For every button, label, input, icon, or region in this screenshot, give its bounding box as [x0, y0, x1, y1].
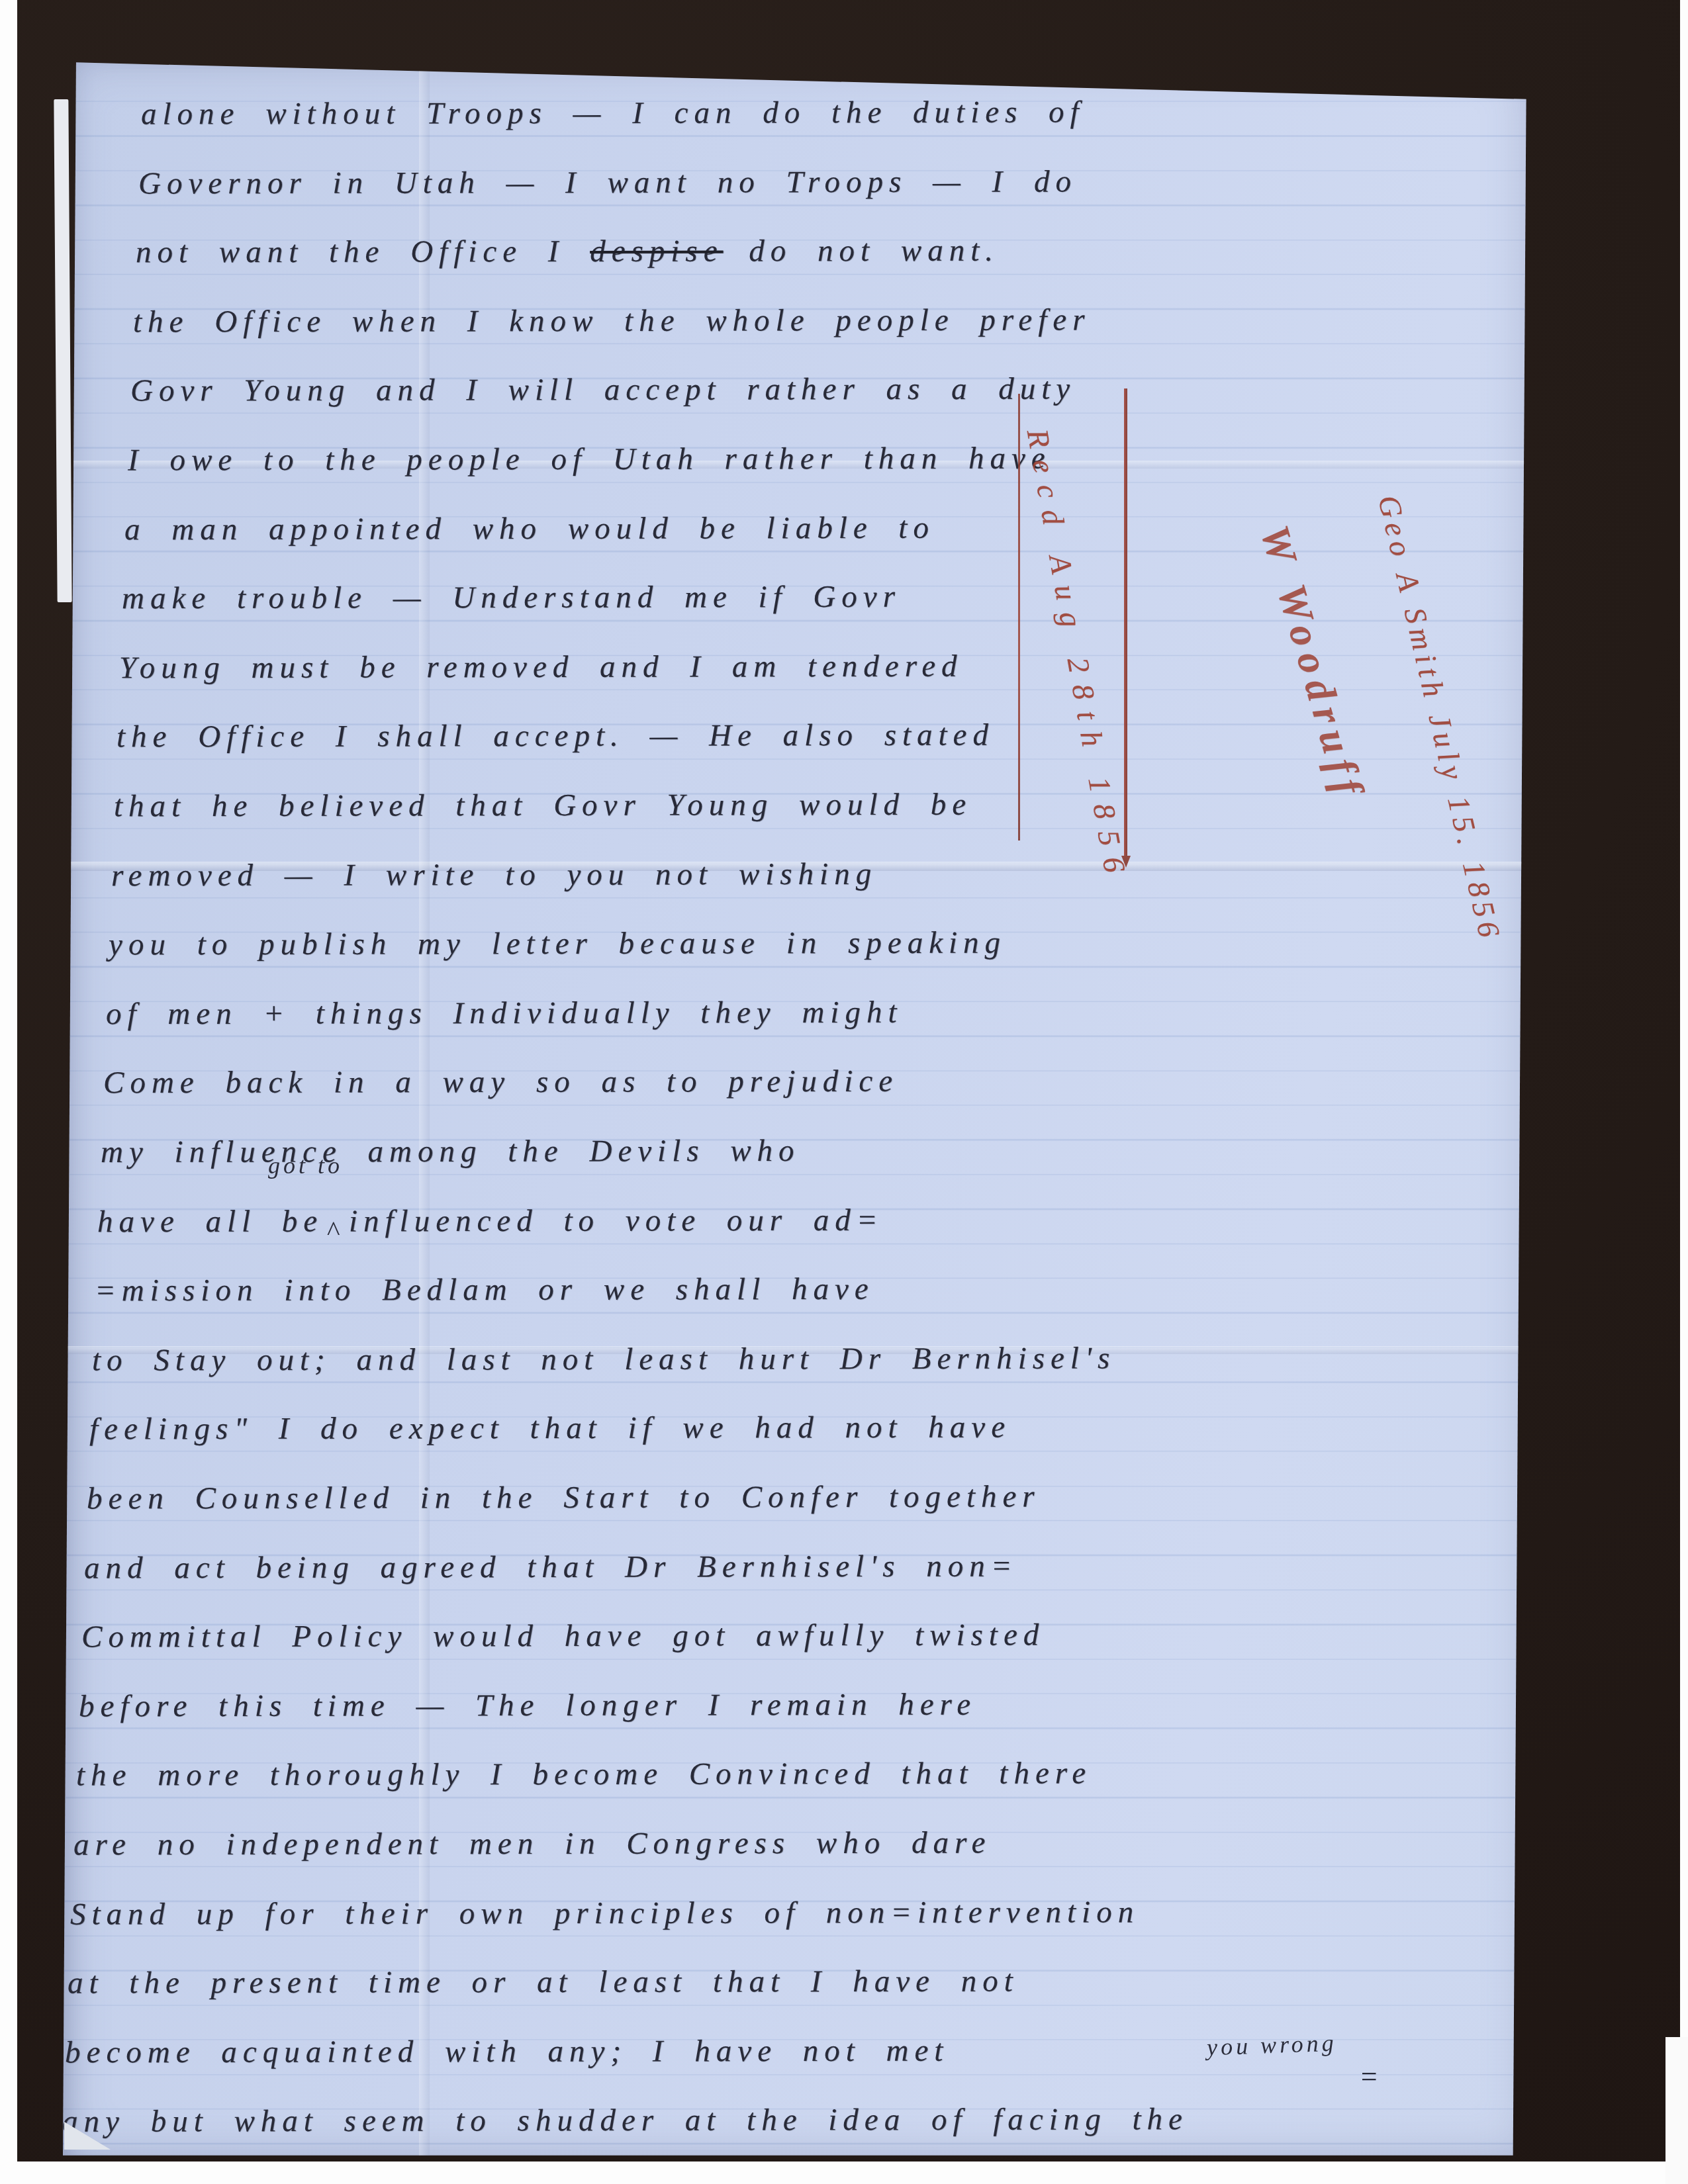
red-ruling-line-right: [1124, 388, 1127, 856]
interline-insertion: got to: [268, 1154, 343, 1177]
struck-word: despise: [590, 234, 723, 269]
red-docket-author-date: Geo A Smith July 15. 1856: [1371, 492, 1508, 946]
manuscript-line: =mission into Bedlam or we shall have: [95, 1273, 874, 1308]
red-ruling-line-left: [1018, 394, 1020, 841]
manuscript-line: and act being agreed that Dr Bernhisel's…: [84, 1549, 1018, 1586]
interline-insertion: you wrong: [1206, 2031, 1337, 2060]
red-docket-name: W Woodruff: [1250, 520, 1374, 807]
scanner-bed-edge: [1665, 2037, 1688, 2184]
letter-page: alone without Troops — I can do the duti…: [63, 58, 1529, 2158]
manuscript-line: been Counselled in the Start to Confer t…: [87, 1480, 1041, 1516]
manuscript-line: I owe to the people of Utah rather than …: [127, 442, 1051, 478]
red-docket-received: Recd Aug 28th 1856: [1020, 426, 1135, 887]
manuscript-line: Stand up for their own principles of non…: [70, 1895, 1139, 1932]
manuscript-line: Govr Young and I will accept rather as a…: [130, 373, 1076, 409]
manuscript-line: have all be influenced to vote our ad=: [97, 1203, 884, 1239]
continuation-mark: =: [1359, 2062, 1379, 2091]
manuscript-line: feelings" I do expect that if we had not…: [89, 1411, 1011, 1447]
manuscript-line: not want the Office I despise do not wan…: [136, 234, 999, 270]
manuscript-line: a man appointed who would be liable to: [124, 511, 935, 547]
manuscript-line: Young must be removed and I am tendered: [119, 649, 963, 685]
insertion-caret: ^: [326, 1218, 338, 1246]
manuscript-line: are no independent men in Congress who d…: [73, 1827, 990, 1863]
manuscript-line: make trouble — Understand me if Govr: [122, 580, 901, 616]
scanned-letter: alone without Troops — I can do the duti…: [0, 0, 1688, 2184]
manuscript-line: the Office I shall accept. — He also sta…: [117, 719, 994, 754]
manuscript-line: Governor in Utah — I want no Troops — I …: [138, 165, 1077, 201]
manuscript-line: of men + things Individually they might: [106, 996, 903, 1032]
manuscript-line: my influence among the Devils who: [100, 1134, 800, 1170]
manuscript-line: any but what seem to shudder at the idea…: [63, 2103, 1188, 2140]
manuscript-line: you to publish my letter because in spea…: [109, 927, 1006, 963]
manuscript-line: Committal Policy would have got awfully …: [81, 1619, 1045, 1655]
manuscript-line: to Stay out; and last not least hurt Dr …: [92, 1342, 1115, 1378]
manuscript-line: Come back in a way so as to prejudice: [103, 1065, 898, 1101]
manuscript-line: that he believed that Govr Young would b…: [114, 788, 972, 824]
manuscript-line: alone without Troops — I can do the duti…: [141, 96, 1085, 132]
manuscript-line: the Office when I know the whole people …: [133, 303, 1091, 340]
manuscript-line: become acquainted with any; I have not m…: [65, 2034, 949, 2070]
manuscript-line: the more thoroughly I become Convinced t…: [76, 1757, 1092, 1794]
manuscript-line: at the present time or at least that I h…: [68, 1965, 1019, 2001]
manuscript-line: removed — I write to you not wishing: [111, 857, 877, 893]
manuscript-line: before this time — The longer I remain h…: [79, 1688, 976, 1724]
